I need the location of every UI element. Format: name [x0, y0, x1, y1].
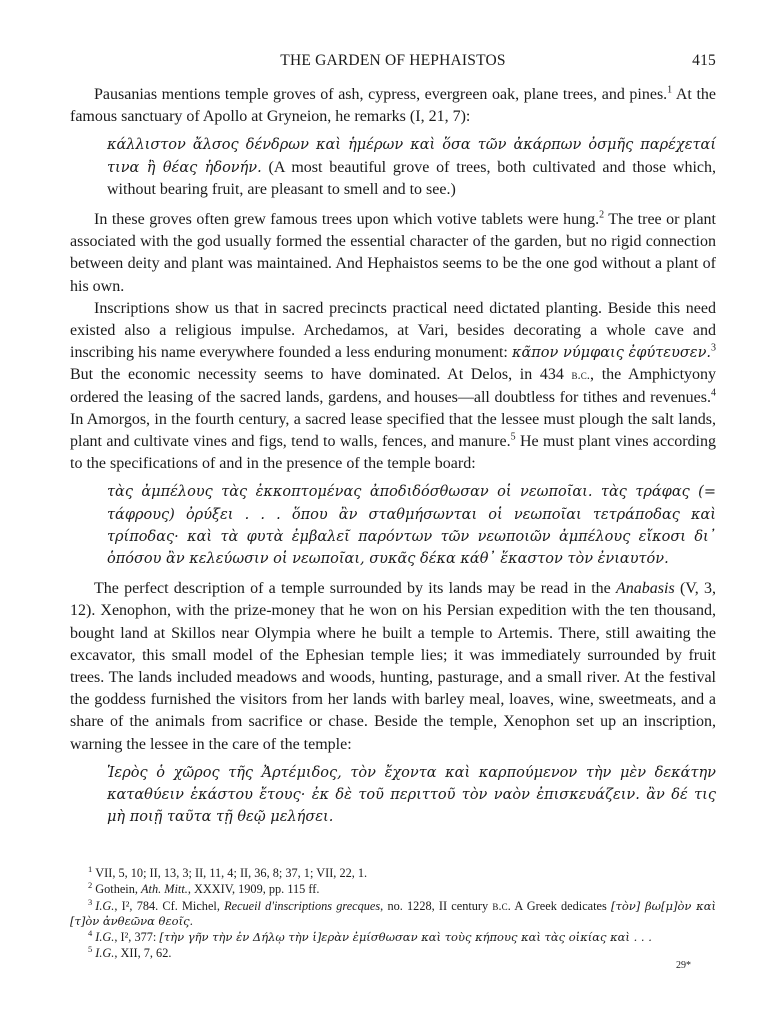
footnote-ref-3[interactable]: 3: [711, 343, 716, 354]
footnote-5: 5I.G., XII, 7, 62.: [70, 946, 716, 962]
running-title: THE GARDEN OF HEPHAISTOS: [70, 52, 716, 70]
paragraph-2: In these groves often grew famous trees …: [70, 209, 716, 298]
page-number: 415: [692, 52, 716, 70]
block-quote-3: Ἱερὸς ὁ χῶρος τῆς Ἀρτέμιδος, τὸν ἔχοντα …: [107, 762, 716, 829]
body-text: Pausanias mentions temple groves of ash,…: [70, 84, 716, 829]
signature-mark: 29*: [676, 960, 691, 971]
era-abbrev: b.c.: [572, 367, 591, 382]
footnote-ref-4[interactable]: 4: [711, 387, 716, 398]
page: THE GARDEN OF HEPHAISTOS 415 Pausanias m…: [70, 48, 716, 837]
paragraph-1: Pausanias mentions temple groves of ash,…: [70, 84, 716, 128]
block-quote-2: τὰς ἀμπέλους τὰς ἐκκοπτομένας ἀποδιδόσθω…: [107, 481, 716, 570]
footnotes: 1VII, 5, 10; II, 13, 3; II, 11, 4; II, 3…: [70, 866, 716, 962]
paragraph-4: The perfect description of a temple surr…: [70, 578, 716, 756]
footnote-1: 1VII, 5, 10; II, 13, 3; II, 11, 4; II, 3…: [70, 866, 716, 882]
footnote-2: 2Gothein, Ath. Mitt., XXXIV, 1909, pp. 1…: [70, 882, 716, 898]
work-title: Anabasis: [616, 580, 675, 597]
footnote-3: 3I.G., I², 784. Cf. Michel, Recueil d'in…: [70, 898, 716, 931]
greek-quote: Ἱερὸς ὁ χῶρος τῆς Ἀρτέμιδος, τὸν ἔχοντα …: [107, 765, 716, 825]
block-quote-1: κάλλιστον ἄλσος δένδρων καὶ ἡμέρων καὶ ὅ…: [107, 134, 716, 201]
paragraph-3: Inscriptions show us that in sacred prec…: [70, 298, 716, 476]
greek-quote: τὰς ἀμπέλους τὰς ἐκκοπτομένας ἀποδιδόσθω…: [107, 484, 716, 567]
running-head: THE GARDEN OF HEPHAISTOS 415: [70, 48, 716, 72]
greek-inline: κᾶπον νύμφαις ἐφύτευσεν.: [512, 345, 711, 361]
footnote-4: 4I.G., I², 377: [τὴν γῆν τὴν ἐν Δήλῳ τὴν…: [70, 930, 716, 946]
